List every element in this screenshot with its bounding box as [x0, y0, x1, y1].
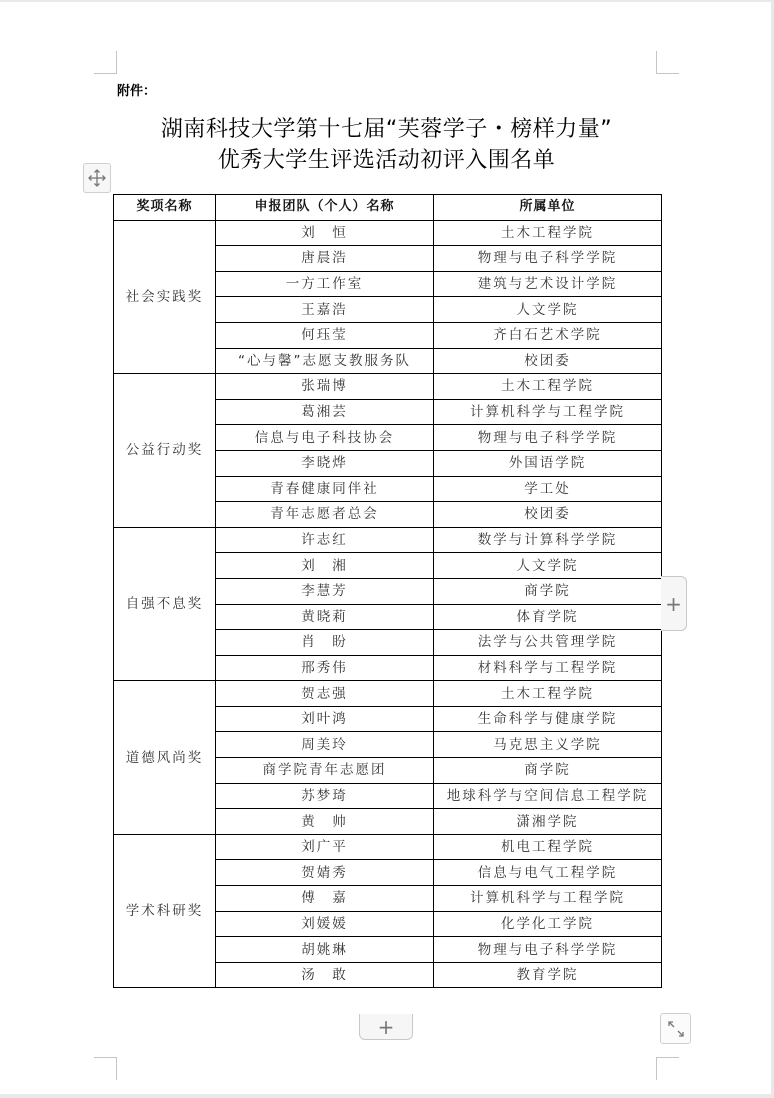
unit-cell: 人文学院: [434, 553, 662, 579]
unit-cell: 人文学院: [434, 297, 662, 323]
plus-icon: +: [665, 592, 682, 616]
unit-cell: 信息与电气工程学院: [434, 860, 662, 886]
nominee-table: 奖项名称 申报团队（个人）名称 所属单位 社会实践奖刘 恒土木工程学院唐晨浩物理…: [113, 194, 662, 988]
applicant-name-cell: 刘广平: [216, 834, 434, 860]
unit-cell: 法学与公共管理学院: [434, 630, 662, 656]
unit-cell: 计算机科学与工程学院: [434, 399, 662, 425]
unit-cell: 体育学院: [434, 604, 662, 630]
table-row: 自强不息奖许志红数学与计算科学学院: [114, 527, 662, 553]
applicant-name-cell: “心与馨”志愿支教服务队: [216, 348, 434, 374]
award-name-cell: 社会实践奖: [114, 220, 216, 374]
unit-cell: 土木工程学院: [434, 681, 662, 707]
table-move-handle[interactable]: [83, 163, 111, 193]
unit-cell: 生命科学与健康学院: [434, 706, 662, 732]
unit-cell: 土木工程学院: [434, 220, 662, 246]
applicant-name-cell: 许志红: [216, 527, 434, 553]
margin-corner-top-left: [94, 51, 117, 74]
applicant-name-cell: 青年志愿者总会: [216, 502, 434, 528]
margin-corner-top-right: [656, 51, 679, 74]
applicant-name-cell: 刘媛媛: [216, 911, 434, 937]
applicant-name-cell: 葛湘芸: [216, 399, 434, 425]
applicant-name-cell: 傅 嘉: [216, 886, 434, 912]
applicant-name-cell: 信息与电子科技协会: [216, 425, 434, 451]
margin-corner-bottom-right: [656, 1057, 679, 1080]
unit-cell: 商学院: [434, 578, 662, 604]
award-name-cell: 自强不息奖: [114, 527, 216, 681]
table-row: 道德风尚奖贺志强土木工程学院: [114, 681, 662, 707]
applicant-name-cell: 一方工作室: [216, 271, 434, 297]
applicant-name-cell: 李慧芳: [216, 578, 434, 604]
header-unit: 所属单位: [434, 195, 662, 221]
unit-cell: 计算机科学与工程学院: [434, 886, 662, 912]
applicant-name-cell: 黄晓莉: [216, 604, 434, 630]
applicant-name-cell: 汤 敢: [216, 962, 434, 988]
applicant-name-cell: 李晓烨: [216, 450, 434, 476]
applicant-name-cell: 苏梦琦: [216, 783, 434, 809]
unit-cell: 学工处: [434, 476, 662, 502]
applicant-name-cell: 邢秀伟: [216, 655, 434, 681]
award-name-cell: 公益行动奖: [114, 374, 216, 528]
unit-cell: 材料科学与工程学院: [434, 655, 662, 681]
applicant-name-cell: 刘叶鸿: [216, 706, 434, 732]
applicant-name-cell: 唐晨浩: [216, 246, 434, 272]
unit-cell: 校团委: [434, 502, 662, 528]
document-title-line1: 湖南科技大学第十七届“芙蓉学子・榜样力量”: [113, 115, 660, 145]
margin-corner-bottom-left: [94, 1057, 117, 1080]
unit-cell: 校团委: [434, 348, 662, 374]
applicant-name-cell: 肖 盼: [216, 630, 434, 656]
unit-cell: 化学化工学院: [434, 911, 662, 937]
unit-cell: 马克思主义学院: [434, 732, 662, 758]
applicant-name-cell: 贺婧秀: [216, 860, 434, 886]
unit-cell: 机电工程学院: [434, 834, 662, 860]
attachment-label: 附件：: [117, 80, 156, 99]
applicant-name-cell: 青春健康同伴社: [216, 476, 434, 502]
unit-cell: 齐白石艺术学院: [434, 322, 662, 348]
move-arrows-icon: [87, 168, 107, 188]
resize-diagonal-icon: [666, 1019, 686, 1039]
applicant-name-cell: 刘 恒: [216, 220, 434, 246]
unit-cell: 教育学院: [434, 962, 662, 988]
table-header-row: 奖项名称 申报团队（个人）名称 所属单位: [114, 195, 662, 221]
unit-cell: 物理与电子科学学院: [434, 937, 662, 963]
header-award: 奖项名称: [114, 195, 216, 221]
applicant-name-cell: 周美玲: [216, 732, 434, 758]
applicant-name-cell: 王嘉浩: [216, 297, 434, 323]
applicant-name-cell: 张瑞博: [216, 374, 434, 400]
header-applicant: 申报团队（个人）名称: [216, 195, 434, 221]
table-resize-handle[interactable]: [660, 1013, 691, 1044]
unit-cell: 外国语学院: [434, 450, 662, 476]
unit-cell: 土木工程学院: [434, 374, 662, 400]
award-name-cell: 学术科研奖: [114, 834, 216, 988]
award-name-cell: 道德风尚奖: [114, 681, 216, 835]
applicant-name-cell: 刘 湘: [216, 553, 434, 579]
add-row-button[interactable]: +: [359, 1014, 413, 1040]
add-column-button[interactable]: +: [661, 576, 687, 631]
unit-cell: 物理与电子科学学院: [434, 425, 662, 451]
table-row: 学术科研奖刘广平机电工程学院: [114, 834, 662, 860]
applicant-name-cell: 黄 帅: [216, 809, 434, 835]
document-title-line2: 优秀大学生评选活动初评入围名单: [113, 146, 660, 176]
applicant-name-cell: 何珏莹: [216, 322, 434, 348]
unit-cell: 潇湘学院: [434, 809, 662, 835]
applicant-name-cell: 贺志强: [216, 681, 434, 707]
unit-cell: 数学与计算科学学院: [434, 527, 662, 553]
applicant-name-cell: 商学院青年志愿团: [216, 758, 434, 784]
table-row: 社会实践奖刘 恒土木工程学院: [114, 220, 662, 246]
unit-cell: 物理与电子科学学院: [434, 246, 662, 272]
unit-cell: 建筑与艺术设计学院: [434, 271, 662, 297]
applicant-name-cell: 胡姚琳: [216, 937, 434, 963]
plus-icon: +: [378, 1015, 395, 1039]
table-row: 公益行动奖张瑞博土木工程学院: [114, 374, 662, 400]
unit-cell: 商学院: [434, 758, 662, 784]
unit-cell: 地球科学与空间信息工程学院: [434, 783, 662, 809]
